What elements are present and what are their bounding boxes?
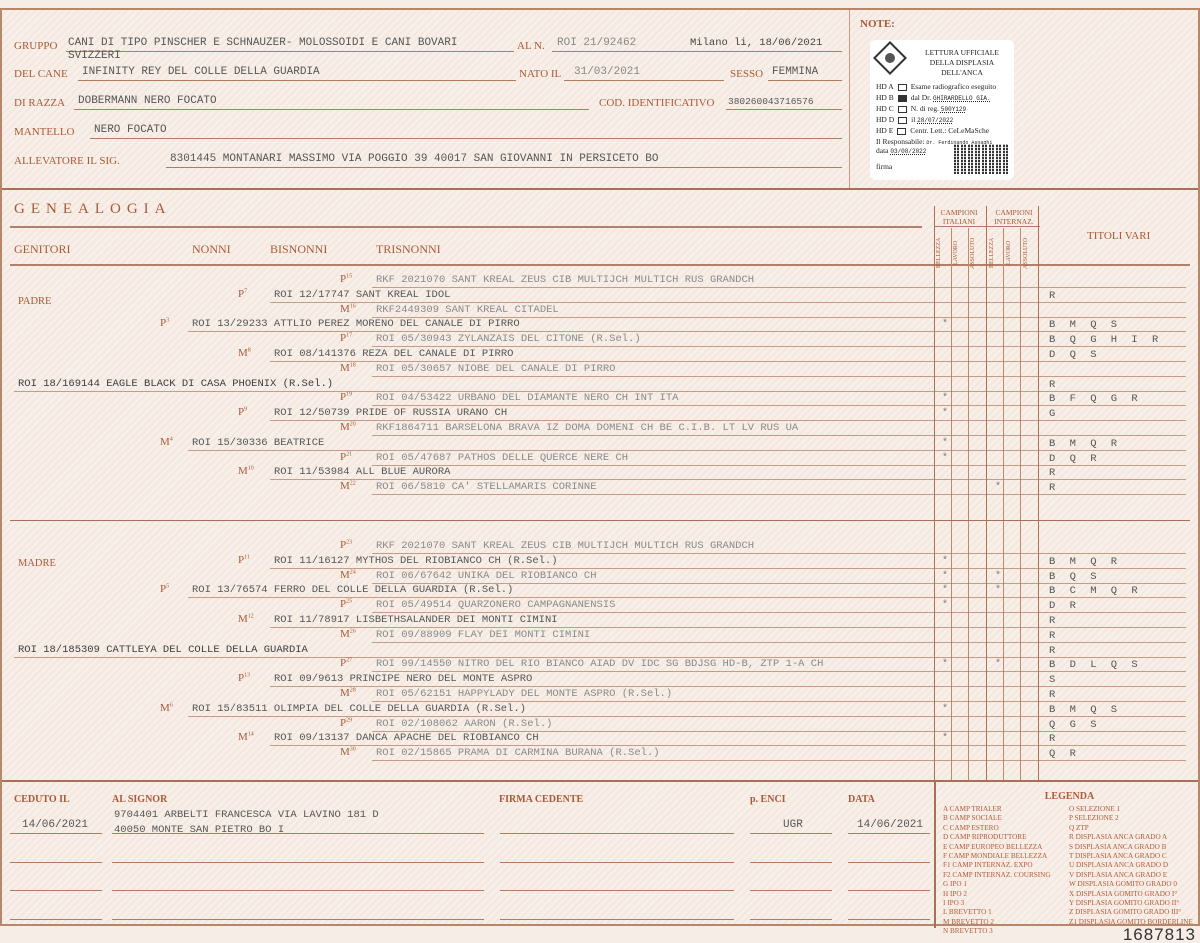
grid-line bbox=[1020, 228, 1021, 780]
grid-line bbox=[951, 228, 952, 780]
legend-item: D CAMP RIPRODUTTORE bbox=[943, 833, 1026, 841]
titles-value: B Q G H I R bbox=[1049, 334, 1162, 346]
checkbox-icon bbox=[898, 117, 907, 124]
ancestor-name: ROI 05/30657 NIOBE DEL CANALE DI PIRRO bbox=[376, 363, 615, 375]
checkbox-icon bbox=[897, 128, 906, 135]
transfer-date: 14/06/2021 bbox=[22, 819, 88, 831]
titles-value: Q G S bbox=[1049, 719, 1101, 731]
legend-item: F2 CAMP INTERNAZ. COURSING bbox=[943, 871, 1051, 879]
ancestor-name: ROI 11/16127 MYTHOS DEL RIOBIANCO CH (R.… bbox=[274, 555, 558, 567]
ancestor-position-tag: M14 bbox=[238, 731, 254, 743]
enci-office: UGR bbox=[783, 819, 803, 831]
legend-item: N BREVETTO 3 bbox=[943, 927, 993, 935]
col-bellezza-it: BELLEZZA bbox=[936, 230, 942, 276]
cane-label: DEL CANE bbox=[14, 68, 68, 80]
hip-dysplasia-stamp: LETTURA UFFICIALE DELLA DISPLASIA DELL'A… bbox=[870, 40, 1014, 180]
transfer-data: 14/06/2021 bbox=[857, 819, 923, 831]
ancestor-position-tag: P27 bbox=[340, 657, 352, 669]
registration-number: ROI 21/92462 bbox=[557, 37, 636, 49]
champion-mark: * bbox=[942, 704, 948, 715]
ancestor-position-tag: M22 bbox=[340, 480, 356, 492]
ancestor-name: ROI 15/83511 OLIMPIA DEL COLLE DELLA GUA… bbox=[192, 703, 526, 715]
col-assoluto-it: ASSOLUTO bbox=[970, 230, 976, 276]
titles-value: R bbox=[1049, 482, 1059, 494]
champion-mark: * bbox=[942, 571, 948, 582]
sex-value: FEMMINA bbox=[772, 66, 818, 78]
footer-line bbox=[848, 890, 930, 891]
champion-mark: * bbox=[995, 571, 1001, 582]
grid-line bbox=[1038, 206, 1039, 780]
footer-line bbox=[10, 833, 102, 834]
footer-line bbox=[10, 862, 102, 863]
titles-value: B Q S bbox=[1049, 571, 1101, 583]
col-trisnonni: TRISNONNI bbox=[376, 242, 441, 257]
titles-value: S bbox=[1049, 674, 1059, 686]
titles-value: G bbox=[1049, 408, 1059, 420]
ancestor-position-tag: M6 bbox=[160, 702, 173, 714]
pedigree-certificate: GRUPPO CANI DI TIPO PINSCHER E SCHNAUZER… bbox=[0, 8, 1200, 926]
grid-line bbox=[986, 206, 987, 780]
ancestor-position-tag: M28 bbox=[340, 687, 356, 699]
ancestor-position-tag: M24 bbox=[340, 569, 356, 581]
grade-row-b: HD Bdal Dr. GHIRARDELLO GIA. bbox=[876, 93, 991, 102]
legend-item: M BREVETTO 2 bbox=[943, 918, 994, 926]
gruppo-value: CANI DI TIPO PINSCHER E SCHNAUZER- MOLOS… bbox=[68, 37, 457, 49]
champion-mark: * bbox=[942, 733, 948, 744]
ceduto-label: CEDUTO IL bbox=[14, 794, 70, 805]
place-date: Milano li, 18/06/2021 bbox=[690, 37, 822, 49]
titles-value: D Q R bbox=[1049, 453, 1101, 465]
legend-item: A CAMP TRIALER bbox=[943, 805, 1002, 813]
ancestor-position-tag: P29 bbox=[340, 717, 352, 729]
champion-mark: * bbox=[995, 482, 1001, 493]
legend-item: F1 CAMP INTERNAZ. EXPO bbox=[943, 861, 1033, 869]
col-lavoro-int: LAVORO bbox=[1006, 230, 1012, 276]
firma-cedente-label: FIRMA CEDENTE bbox=[499, 794, 583, 805]
ancestor-position-tag: P21 bbox=[340, 451, 352, 463]
ancestor-position-tag: M4 bbox=[160, 436, 173, 448]
titles-value: B M Q R bbox=[1049, 438, 1121, 450]
footer-line bbox=[500, 833, 734, 834]
footer-line bbox=[500, 919, 734, 920]
champion-mark: * bbox=[942, 438, 948, 449]
ancestor-name: RKF 2021070 SANT KREAL ZEUS CIB MULTIJCH… bbox=[376, 540, 754, 552]
ancestor-name: ROI 02/15865 PRAMA DI CARMINA BURANA (R.… bbox=[376, 747, 660, 759]
checkbox-icon bbox=[898, 84, 907, 91]
footer-line bbox=[112, 890, 484, 891]
ancestor-position-tag: P15 bbox=[340, 273, 352, 285]
legend-item: F CAMP MONDIALE BELLEZZA bbox=[943, 852, 1047, 860]
nato-label: NATO IL bbox=[519, 68, 561, 80]
col-lavoro-it: LAVORO bbox=[953, 230, 959, 276]
ancestor-name: ROI 99/14550 NITRO DEL RIO BIANCO AIAD D… bbox=[376, 658, 823, 670]
stamp-date-row: data 03/08/2022 bbox=[876, 146, 926, 155]
champion-mark: * bbox=[942, 585, 948, 596]
champion-mark: * bbox=[942, 393, 948, 404]
footer-line bbox=[750, 862, 832, 863]
champion-mark: * bbox=[995, 659, 1001, 670]
grade-row-d: HD Dil 28/07/2022 bbox=[876, 115, 953, 124]
enci-logo-icon bbox=[873, 41, 907, 75]
ancestor-name: ROI 11/78917 LISBETHSALANDER DEI MONTI C… bbox=[274, 614, 558, 626]
ancestor-name: ROI 15/30336 BEATRICE bbox=[192, 437, 324, 449]
ancestor-position-tag: M30 bbox=[340, 746, 356, 758]
ancestor-position-tag: M26 bbox=[340, 628, 356, 640]
footer-line bbox=[848, 919, 930, 920]
legend-item: Q ZTP bbox=[1069, 824, 1089, 832]
ancestor-position-tag: P25 bbox=[340, 598, 352, 610]
ancestor-position-tag: M10 bbox=[238, 465, 254, 477]
ancestor-position-tag: P5 bbox=[160, 583, 169, 595]
legend-item: T DISPLASIA ANCA GRADO C bbox=[1069, 852, 1167, 860]
genealogy-title: GENEALOGIA bbox=[14, 201, 171, 218]
razza-label: DI RAZZA bbox=[14, 97, 65, 109]
ancestor-name: ROI 04/53422 URBANO DEL DIAMANTE NERO CH… bbox=[376, 392, 678, 404]
grade-row-e: HD ECentr. Lett.: CeLeMaSche bbox=[876, 126, 989, 135]
ancestor-name: ROI 06/67642 UNIKA DEL RIOBIANCO CH bbox=[376, 570, 597, 582]
titles-value: D R bbox=[1049, 600, 1080, 612]
ancestor-name: ROI 18/185309 CATTLEYA DEL COLLE DELLA G… bbox=[18, 644, 308, 656]
ancestor-name: RKF 2021070 SANT KREAL ZEUS CIB MULTIJCH… bbox=[376, 274, 754, 286]
titles-value: R bbox=[1049, 630, 1059, 642]
legend-item: P SELEZIONE 2 bbox=[1069, 814, 1119, 822]
sesso-label: SESSO bbox=[730, 68, 763, 80]
col-assoluto-int: ASSOLUTO bbox=[1023, 230, 1029, 276]
ancestor-position-tag: M20 bbox=[340, 421, 356, 433]
cod-label: COD. IDENTIFICATIVO bbox=[599, 97, 715, 109]
legend-item: G IPO 1 bbox=[943, 880, 967, 888]
breeder-value: 8301445 MONTANARI MASSIMO VIA POGGIO 39 … bbox=[170, 153, 658, 165]
col-bisnonni: BISNONNI bbox=[270, 242, 327, 257]
ancestor-position-tag: M18 bbox=[340, 362, 356, 374]
note-section: NOTE: LETTURA UFFICIALE DELLA DISPLASIA … bbox=[850, 10, 1200, 188]
titles-value: B M Q S bbox=[1049, 704, 1121, 716]
data-label: DATA bbox=[848, 794, 875, 805]
legend-item: I IPO 3 bbox=[943, 899, 964, 907]
footer-line bbox=[750, 890, 832, 891]
ancestor-name: RKF2449309 SANT KREAL CITADEL bbox=[376, 304, 559, 316]
ancestor-name: ROI 05/49514 QUARZONERO CAMPAGNANENSIS bbox=[376, 599, 615, 611]
ancestor-name: ROI 12/17747 SANT KREAL IDOL bbox=[274, 289, 450, 301]
footer-line bbox=[750, 919, 832, 920]
col-genitori: GENITORI bbox=[14, 242, 70, 257]
ancestor-position-tag: P13 bbox=[238, 672, 250, 684]
legend-item: R DISPLASIA ANCA GRADO A bbox=[1069, 833, 1167, 841]
gruppo-value-line2: SVIZZERI bbox=[68, 50, 121, 62]
madre-label: MADRE bbox=[18, 558, 56, 569]
col-campioni-internaz: CAMPIONI INTERNAZ. bbox=[988, 208, 1040, 226]
ancestor-position-tag: P23 bbox=[340, 539, 352, 551]
legend-item: Z DISPLASIA GOMITO GRADO III° bbox=[1069, 908, 1181, 916]
ancestor-name: ROI 09/13137 DANCA APACHE DEL RIOBIANCO … bbox=[274, 732, 539, 744]
checkbox-icon bbox=[898, 106, 907, 113]
legend-item: E CAMP EUROPEO BELLEZZA bbox=[943, 843, 1042, 851]
titles-value: R bbox=[1049, 290, 1059, 302]
footer-line bbox=[500, 862, 734, 863]
ancestor-name: RKF1864711 BARSELONA BRAVA IZ DOMA DOMEN… bbox=[376, 422, 798, 434]
legend-item: O SELEZIONE 1 bbox=[1069, 805, 1120, 813]
coat-value: NERO FOCATO bbox=[94, 124, 167, 136]
ancestor-name: ROI 12/50739 PRIDE OF RUSSIA URANO CH bbox=[274, 407, 507, 419]
footer-line bbox=[10, 890, 102, 891]
ancestor-name: ROI 05/47687 PATHOS DELLE QUERCE NERE CH bbox=[376, 452, 628, 464]
ancestor-position-tag: P19 bbox=[340, 391, 352, 403]
footer-line bbox=[848, 862, 930, 863]
titles-value: R bbox=[1049, 615, 1059, 627]
champion-mark: * bbox=[995, 585, 1001, 596]
footer-line bbox=[848, 833, 930, 834]
footer-line bbox=[10, 919, 102, 920]
champion-mark: * bbox=[942, 659, 948, 670]
titles-value: R bbox=[1049, 379, 1059, 391]
col-bellezza-int: BELLEZZA bbox=[989, 230, 995, 276]
dog-name: INFINITY REY DEL COLLE DELLA GUARDIA bbox=[82, 66, 320, 78]
ancestor-name: ROI 13/29233 ATTLIO PEREZ MORENO DEL CAN… bbox=[192, 318, 520, 330]
ancestor-position-tag: P11 bbox=[238, 554, 250, 566]
titles-value: B M Q R bbox=[1049, 556, 1121, 568]
ancestor-position-tag: P3 bbox=[160, 317, 169, 329]
titles-value: R bbox=[1049, 689, 1059, 701]
birth-date: 31/03/2021 bbox=[574, 66, 640, 78]
breed-value: DOBERMANN NERO FOCATO bbox=[78, 95, 217, 107]
titles-value: R bbox=[1049, 467, 1059, 479]
titles-value: Q R bbox=[1049, 748, 1080, 760]
legend: LEGENDA A CAMP TRIALERB CAMP SOCIALEC CA… bbox=[937, 791, 1200, 936]
legend-item: V DISPLASIA ANCA GRADO E bbox=[1069, 871, 1167, 879]
ancestor-position-tag: M12 bbox=[238, 613, 254, 625]
mantello-label: MANTELLO bbox=[14, 126, 75, 138]
champion-mark: * bbox=[942, 453, 948, 464]
legend-item: Y DISPLASIA GOMITO GRADO II° bbox=[1069, 899, 1179, 907]
titles-value: R bbox=[1049, 645, 1059, 657]
header-section: GRUPPO CANI DI TIPO PINSCHER E SCHNAUZER… bbox=[2, 10, 850, 188]
ancestor-name: ROI 18/169144 EAGLE BLACK DI CASA PHOENI… bbox=[18, 378, 333, 390]
legend-item: W DISPLASIA GOMITO GRADO 0 bbox=[1069, 880, 1177, 888]
ancestor-name: ROI 05/30943 ZYLANZAIS DEL CITONE (R.Sel… bbox=[376, 333, 641, 345]
microchip-code: 380260043716576 bbox=[728, 96, 814, 107]
grade-row-a: HD AEsame radiografico eseguito bbox=[876, 82, 996, 91]
new-owner-line2: 40050 MONTE SAN PIETRO BO I bbox=[114, 824, 284, 836]
penci-label: p. ENCI bbox=[750, 794, 786, 805]
ancestor-position-tag: M16 bbox=[340, 303, 356, 315]
ancestor-position-tag: P17 bbox=[340, 332, 352, 344]
champion-mark: * bbox=[942, 319, 948, 330]
ancestor-name: ROI 05/62151 HAPPYLADY DEL MONTE ASPRO (… bbox=[376, 688, 672, 700]
ancestor-name: ROI 13/76574 FERRO DEL COLLE DELLA GUARD… bbox=[192, 584, 513, 596]
grid-line bbox=[934, 206, 935, 780]
al-n-label: AL N. bbox=[517, 40, 545, 52]
ancestor-position-tag: M8 bbox=[238, 347, 251, 359]
col-titoli-vari: TITOLI VARI bbox=[1087, 230, 1150, 242]
col-campioni-italiani: CAMPIONI ITALIANI bbox=[934, 208, 984, 226]
legend-item: L BREVETTO 1 bbox=[943, 908, 992, 916]
footer-line bbox=[112, 833, 484, 834]
titles-value: B F Q G R bbox=[1049, 393, 1142, 405]
ancestor-position-tag: P9 bbox=[238, 406, 247, 418]
ancestor-name: ROI 11/53984 ALL BLUE AURORA bbox=[274, 466, 450, 478]
ancestor-name: ROI 09/88909 FLAY DEI MONTI CIMINI bbox=[376, 629, 590, 641]
allevatore-label: ALLEVATORE IL SIG. bbox=[14, 155, 120, 167]
ancestor-name: ROI 02/108062 AARON (R.Sel.) bbox=[376, 718, 552, 730]
titles-value: B M Q S bbox=[1049, 319, 1121, 331]
titles-value: D Q S bbox=[1049, 349, 1101, 361]
footer-line bbox=[500, 890, 734, 891]
ancestor-name: ROI 09/9613 PRINCIPE NERO DEL MONTE ASPR… bbox=[274, 673, 532, 685]
grade-row-c: HD CN. di reg. 500Y129 bbox=[876, 104, 966, 113]
col-nonni: NONNI bbox=[192, 242, 231, 257]
footer-line bbox=[112, 919, 484, 920]
serial-number: 1687813 bbox=[1123, 925, 1196, 943]
titles-value: R bbox=[1049, 733, 1059, 745]
legend-item: X DISPLASIA GOMITO GRADO I° bbox=[1069, 890, 1177, 898]
grid-line bbox=[968, 228, 969, 780]
footer-line bbox=[112, 862, 484, 863]
new-owner-line1: 9704401 ARBELTI FRANCESCA VIA LAVINO 181… bbox=[114, 809, 379, 821]
grid-line bbox=[1003, 228, 1004, 780]
legend-item: H IPO 2 bbox=[943, 890, 967, 898]
stamp-title: LETTURA UFFICIALE DELLA DISPLASIA DELL'A… bbox=[910, 48, 1014, 78]
titles-value: B C M Q R bbox=[1049, 585, 1142, 597]
champion-mark: * bbox=[942, 600, 948, 611]
legend-item: S DISPLASIA ANCA GRADO B bbox=[1069, 843, 1166, 851]
ancestor-name: ROI 06/5810 CA' STELLAMARIS CORINNE bbox=[376, 481, 597, 493]
champion-mark: * bbox=[942, 556, 948, 567]
legend-item: C CAMP ESTERO bbox=[943, 824, 999, 832]
legend-item: B CAMP SOCIALE bbox=[943, 814, 1002, 822]
datamatrix-code bbox=[954, 144, 1010, 174]
ancestor-name: ROI 08/141376 REZA DEL CANALE DI PIRRO bbox=[274, 348, 513, 360]
al-signor-label: AL SIGNOR bbox=[112, 794, 167, 805]
footer-line bbox=[750, 833, 832, 834]
signature-row: firma bbox=[876, 162, 892, 171]
gruppo-label: GRUPPO bbox=[14, 40, 57, 52]
legend-item: U DISPLASIA ANCA GRADO D bbox=[1069, 861, 1168, 869]
champion-mark: * bbox=[942, 408, 948, 419]
titles-value: B D L Q S bbox=[1049, 659, 1142, 671]
ancestor-position-tag: P7 bbox=[238, 288, 247, 300]
legend-title: LEGENDA bbox=[937, 791, 1200, 802]
padre-label: PADRE bbox=[18, 296, 51, 307]
checked-box-icon bbox=[898, 95, 907, 102]
note-label: NOTE: bbox=[860, 18, 895, 30]
